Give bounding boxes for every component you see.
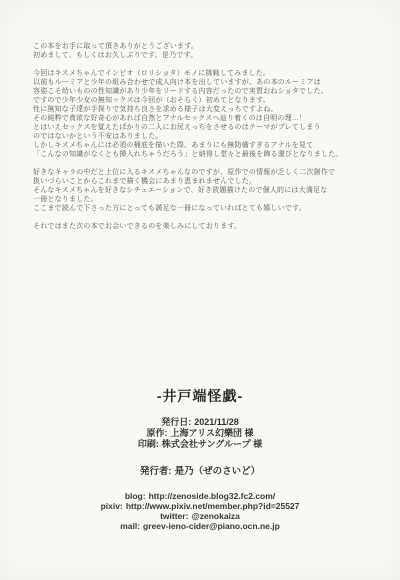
field-label: 原作:	[147, 428, 168, 438]
afterword-line: 好きなキャラの中だと上位に入るキスメちゃんなのですが、原作での情報が乏しく二次創…	[33, 168, 380, 177]
afterword-line: しかしキスメちゃんには必須の桶底を描いた際、あまりにも無防備すぎるアナルを見て	[33, 141, 380, 150]
afterword-paragraph: この本をお手に取って頂きありがとうございます。 初めまして、もしくはお久しぶりで…	[33, 42, 380, 60]
field-value: 2021/11/28	[194, 417, 239, 427]
afterword-line: 「こんなの知識がなくとも挿入れちゃうだろう」と納得し堂々と最後を飾る運びとなりま…	[33, 150, 380, 159]
afterword-line: この本をお手に取って頂きありがとうございます。	[33, 42, 380, 51]
afterword-line: 容姿こそ幼いものの性知識があり少年をリードする内容だったので実質おねショタでした…	[33, 87, 380, 96]
afterword-line: 扱いづらいことからこれまで描く機会にあまり恵まれませんでした。	[33, 177, 380, 186]
field-value: 株式会社サングループ 様	[162, 439, 262, 449]
printer: 印刷:株式会社サングループ 様	[0, 439, 400, 450]
publisher: 発行者:是乃（ぜのさいど）	[0, 463, 400, 477]
contact-blog: blog:http://zenoside.blog32.fc2.com/	[0, 491, 400, 501]
colophon-block: -井戸端怪戯- 発行日:2021/11/28 原作:上海アリス幻樂団 様 印刷:…	[0, 386, 400, 531]
contact-info: blog:http://zenoside.blog32.fc2.com/ pix…	[0, 491, 400, 531]
contact-twitter: twitter:@zenokaiza	[0, 511, 400, 521]
publication-date: 発行日:2021/11/28	[0, 417, 400, 428]
field-label: blog:	[125, 491, 146, 501]
original-work: 原作:上海アリス幻樂団 様	[0, 428, 400, 439]
mail-address: greev-ieno-cider@piano.ocn.ne.jp	[143, 521, 280, 531]
afterword-line: 性に無知な子達が手探りで気持ち良さを求める様子は大変えっちですよね。	[33, 105, 380, 114]
afterword-paragraph: 今回はキスメちゃんでインピオ（ロリショタ）モノに挑戦してみました。 以前もルーミ…	[33, 69, 380, 159]
blog-url: http://zenoside.blog32.fc2.com/	[149, 491, 276, 501]
afterword-line: 以前もルーミアと少年の組み合わせで成人向け本を出していますが、あの本のルーミアは	[33, 78, 380, 87]
afterword-paragraph: 好きなキャラの中だと上位に入るキスメちゃんなのですが、原作での情報が乏しく二次創…	[33, 168, 380, 213]
field-value: 是乃（ぜのさいど）	[175, 466, 261, 477]
pixiv-url: http://www.pixiv.net/member.php?id=25527	[126, 501, 300, 511]
field-value: 上海アリス幻樂団 様	[171, 428, 254, 438]
field-label: 発行日:	[161, 417, 191, 427]
afterword-line: それではまた次の本でお会いできるのを楽しみにしております。	[33, 222, 380, 231]
afterword-line: ですので少年少女の無知ックスは今回が（おそらく）初めてとなります。	[33, 96, 380, 105]
twitter-handle: @zenokaiza	[191, 511, 239, 521]
afterword-line: その純粋で貪欲な好奇心があれば自然とアナルセックスへ辿り着くのは自明の理…！	[33, 114, 380, 123]
afterword-line: 一冊となりました。	[33, 195, 380, 204]
field-label: 発行者:	[140, 466, 172, 477]
afterword-line: 今回はキスメちゃんでインピオ（ロリショタ）モノに挑戦してみました。	[33, 69, 380, 78]
book-title: -井戸端怪戯-	[0, 386, 400, 406]
contact-pixiv: pixiv:http://www.pixiv.net/member.php?id…	[0, 501, 400, 511]
field-label: mail:	[120, 521, 140, 531]
publication-info: 発行日:2021/11/28 原作:上海アリス幻樂団 様 印刷:株式会社サングル…	[0, 417, 400, 450]
afterword-paragraph: それではまた次の本でお会いできるのを楽しみにしております。	[33, 222, 380, 231]
field-label: pixiv:	[101, 501, 123, 511]
contact-mail: mail:greev-ieno-cider@piano.ocn.ne.jp	[0, 521, 400, 531]
scanned-afterword-page: この本をお手に取って頂きありがとうございます。 初めまして、もしくはお久しぶりで…	[0, 0, 400, 580]
afterword-line: ここまで読んで下さった方にとっても満足な一冊になっていればとても嬉しいです。	[33, 204, 380, 213]
afterword-line: そんなキスメちゃんを好きなシチュエーションで、好き放題描けたので個人的には大満足…	[33, 186, 380, 195]
afterword-line: のではないかという不安はありました。	[33, 132, 380, 141]
field-label: 印刷:	[138, 439, 159, 449]
afterword-text-block: この本をお手に取って頂きありがとうございます。 初めまして、もしくはお久しぶりで…	[33, 42, 380, 240]
afterword-line: 初めまして、もしくはお久しぶりです。是乃です。	[33, 51, 380, 60]
field-label: twitter:	[160, 511, 188, 521]
afterword-line: とはいえセックスを覚えたばかりの二人にお尻えっちをさせるのはテーマがブレてしまう	[33, 123, 380, 132]
